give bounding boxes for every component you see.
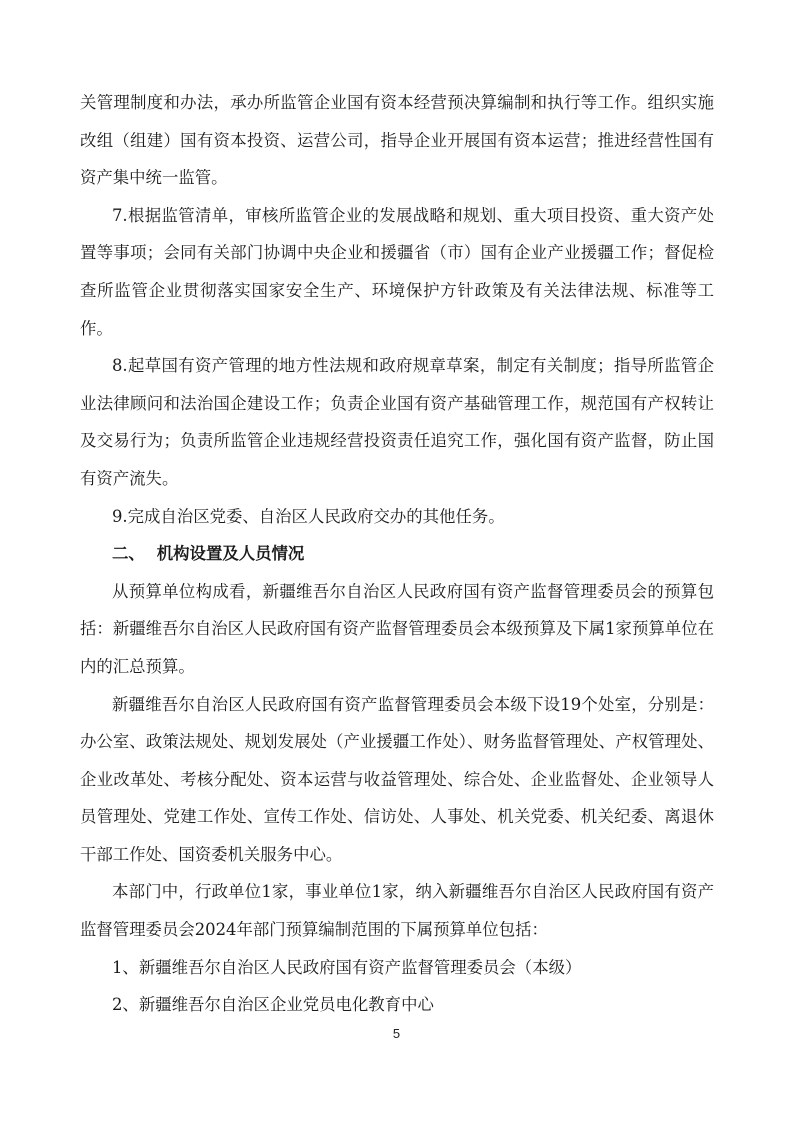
paragraph-departments: 新疆维吾尔自治区人民政府国有资产监督管理委员会本级下设19个处室，分别是：办公室… bbox=[80, 686, 714, 874]
paragraph-item-8: 8.起草国有资产管理的地方性法规和政府规章草案，制定有关制度；指导所监管企业法律… bbox=[80, 347, 714, 497]
list-item-unit-2: 2、新疆维吾尔自治区企业党员电化教育中心 bbox=[80, 986, 714, 1024]
list-item-unit-1: 1、新疆维吾尔自治区人民政府国有资产监督管理委员会（本级） bbox=[80, 949, 714, 987]
document-page: 关管理制度和办法，承办所监管企业国有资本经营预决算编制和执行等工作。组织实施改组… bbox=[80, 84, 714, 1024]
paragraph-item-9: 9.完成自治区党委、自治区人民政府交办的其他任务。 bbox=[80, 498, 714, 536]
paragraph-units: 本部门中，行政单位1家，事业单位1家，纳入新疆维吾尔自治区人民政府国有资产监督管… bbox=[80, 873, 714, 948]
section-heading: 二、机构设置及人员情况 bbox=[80, 535, 714, 573]
paragraph-item-7: 7.根据监管清单，审核所监管企业的发展战略和规划、重大项目投资、重大资产处置等事… bbox=[80, 197, 714, 347]
section-number: 二、 bbox=[112, 544, 145, 563]
paragraph-continued-duties: 关管理制度和办法，承办所监管企业国有资本经营预决算编制和执行等工作。组织实施改组… bbox=[80, 84, 714, 197]
section-title: 机构设置及人员情况 bbox=[157, 544, 305, 563]
paragraph-budget-composition: 从预算单位构成看，新疆维吾尔自治区人民政府国有资产监督管理委员会的预算包括：新疆… bbox=[80, 573, 714, 686]
page-number: 5 bbox=[0, 1026, 793, 1041]
